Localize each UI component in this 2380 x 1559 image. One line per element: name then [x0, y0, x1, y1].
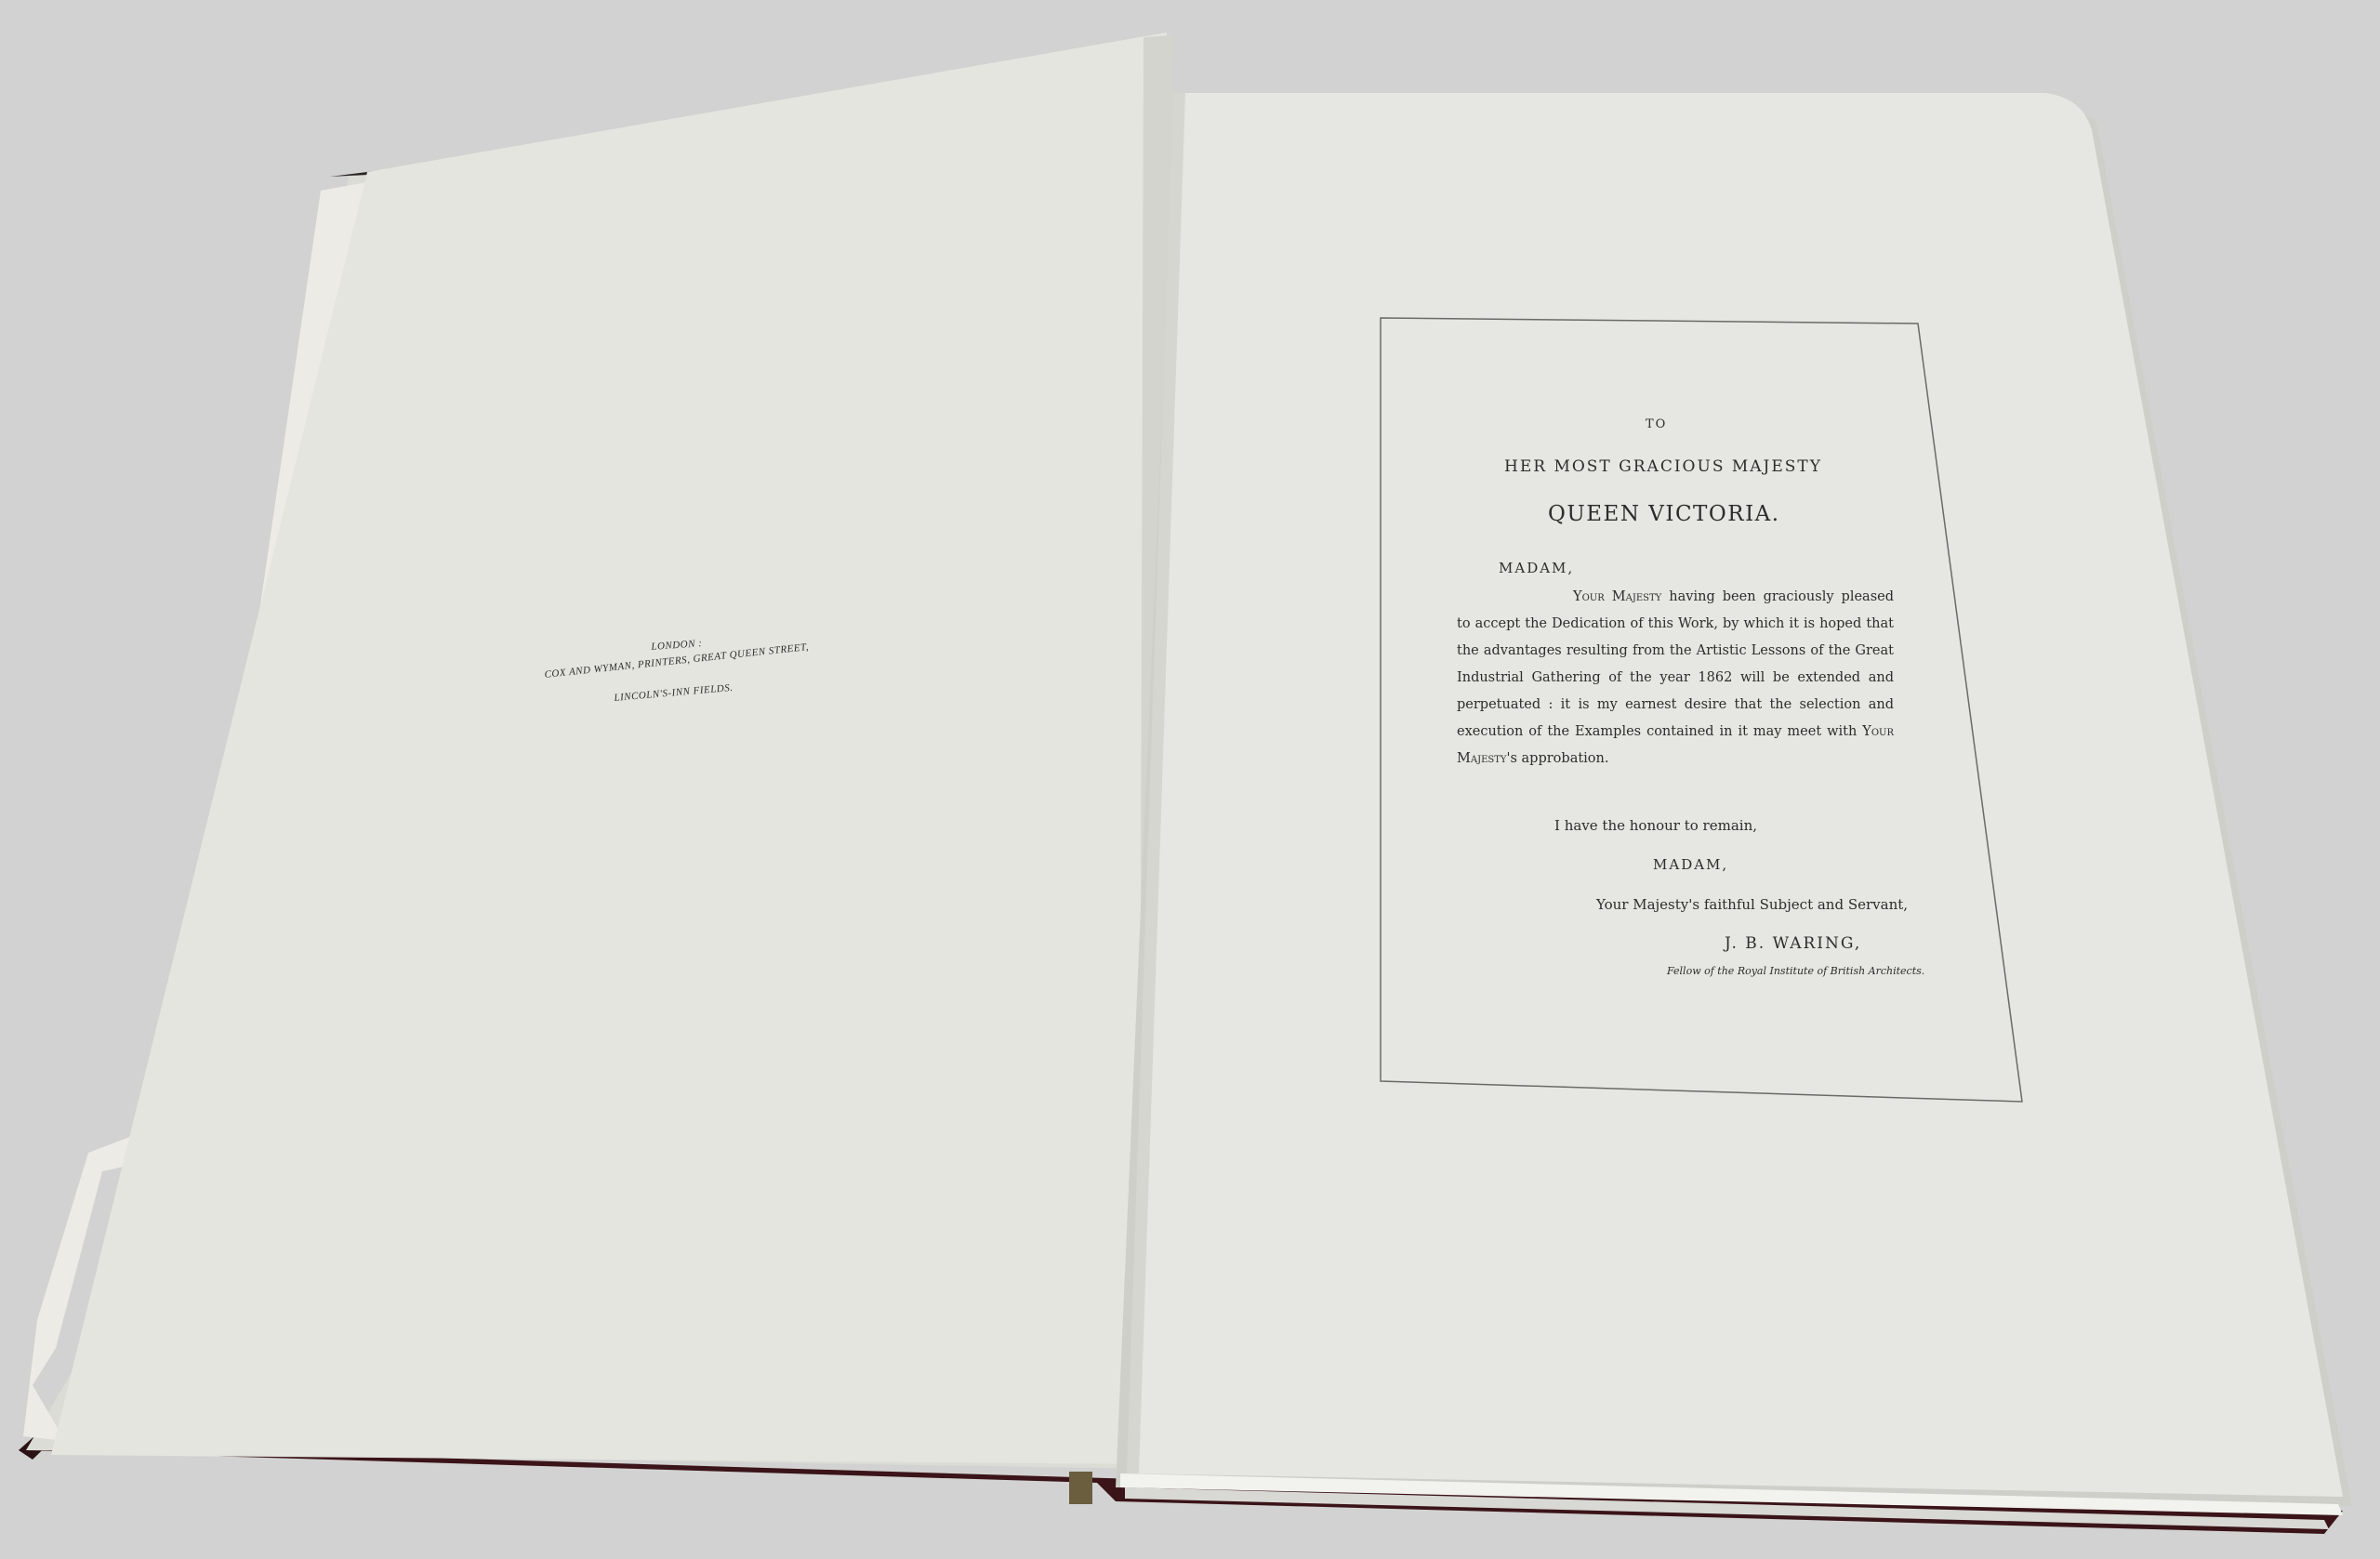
- dedication-author-title: Fellow of the Royal Institute of British…: [1667, 965, 1924, 977]
- dedication-queen-victoria: QUEEN VICTORIA.: [1548, 502, 1780, 526]
- right-page: [1134, 93, 2343, 1497]
- book-photo: [0, 0, 2380, 1559]
- left-page: [51, 33, 1167, 1464]
- binding-thread: [1069, 1472, 1092, 1504]
- your-majesty-smallcaps: Your Majesty: [1573, 589, 1661, 604]
- dedication-signoff: Your Majesty's faithful Subject and Serv…: [1596, 896, 1908, 913]
- dedication-to: TO: [1646, 417, 1667, 431]
- dedication-closing: I have the honour to remain,: [1554, 817, 1757, 834]
- dedication-salutation: MADAM,: [1499, 560, 1574, 576]
- dedication-body-end: 's approbation.: [1507, 751, 1609, 766]
- dedication-addressee: HER MOST GRACIOUS MAJESTY: [1504, 457, 1822, 476]
- dedication-body-text: having been graciously pleased to accept…: [1457, 589, 1894, 739]
- dedication-body: Your Majesty having been graciously plea…: [1457, 584, 1894, 773]
- dedication-author: J. B. WARING,: [1725, 934, 1861, 953]
- dedication-closing-madam: MADAM,: [1653, 856, 1728, 873]
